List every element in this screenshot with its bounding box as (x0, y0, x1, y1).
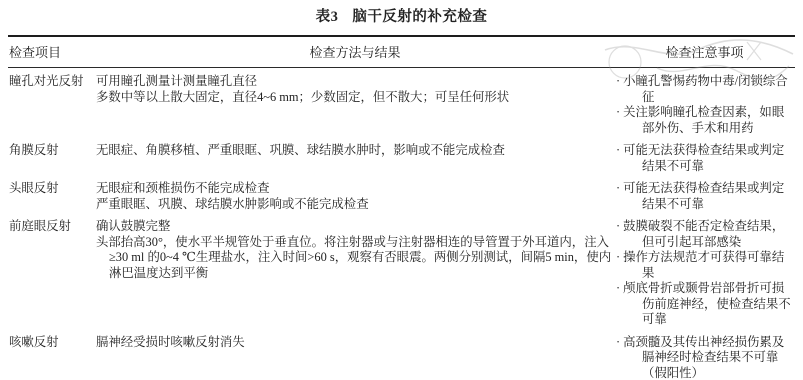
table-row: 头眼反射无眼症和颈椎损伤不能完成检查严重眼眶、巩膜、球结膜水肿影响或不能完成检查… (8, 179, 795, 217)
notes-cell: ·可能无法获得检查结果或判定结果不可靠 (614, 141, 795, 179)
method-result-cell: 膈神经受损时咳嗽反射消失 (96, 333, 614, 380)
note-item: ·可能无法获得检查结果或判定结果不可靠 (614, 181, 795, 212)
note-item: ·关注影响瞳孔检查因素，如眼部外伤、手术和用药 (614, 105, 795, 136)
column-header-item: 检查项目 (8, 36, 96, 68)
note-item: ·小瞳孔警惕药物中毒/闭锁综合征 (614, 74, 795, 105)
reflex-item-label: 头眼反射 (8, 179, 96, 217)
note-item: ·鼓膜破裂不能否定检查结果，但可引起耳部感染 (614, 219, 795, 250)
column-header-method: 检查方法与结果 (96, 36, 614, 68)
reflex-item-label: 咳嗽反射 (8, 333, 96, 380)
method-result-cell: 可用瞳孔测量计测量瞳孔直径多数中等以上散大固定，直径4~6 mm；少数固定，但不… (96, 68, 614, 142)
note-item: ·可能无法获得检查结果或判定结果不可靠 (614, 143, 795, 174)
table-body: 瞳孔对光反射可用瞳孔测量计测量瞳孔直径多数中等以上散大固定，直径4~6 mm；少… (8, 68, 795, 380)
bullet-icon: · (616, 143, 620, 157)
notes-cell: ·可能无法获得检查结果或判定结果不可靠 (614, 179, 795, 217)
method-paragraph: 无眼症、角膜移植、严重眼眶、巩膜、球结膜水肿时，影响或不能完成检查 (96, 143, 614, 159)
table-row: 角膜反射无眼症、角膜移植、严重眼眶、巩膜、球结膜水肿时，影响或不能完成检查·可能… (8, 141, 795, 179)
table-caption: 脑干反射的补充检查 (352, 9, 487, 25)
table-row: 前庭眼反射确认鼓膜完整头部抬高30°，使水平半规管处于垂直位。将注射器或与注射器… (8, 217, 795, 333)
method-paragraph: 膈神经受损时咳嗽反射消失 (96, 335, 614, 351)
bullet-icon: · (616, 105, 620, 119)
bullet-icon: · (616, 250, 620, 264)
method-paragraph: 头部抬高30°，使水平半规管处于垂直位。将注射器或与注射器相连的导管置于外耳道内… (96, 235, 614, 282)
table-row: 咳嗽反射膈神经受损时咳嗽反射消失·高颈髓及其传出神经损伤累及膈神经时检查结果不可… (8, 333, 795, 380)
table-row: 瞳孔对光反射可用瞳孔测量计测量瞳孔直径多数中等以上散大固定，直径4~6 mm；少… (8, 68, 795, 142)
method-paragraph: 确认鼓膜完整 (96, 219, 614, 235)
reflex-item-label: 瞳孔对光反射 (8, 68, 96, 142)
reflex-item-label: 角膜反射 (8, 141, 96, 179)
table-number: 表3 (316, 9, 339, 25)
note-item: ·高颈髓及其传出神经损伤累及膈神经时检查结果不可靠（假阳性） (614, 335, 795, 380)
notes-cell: ·高颈髓及其传出神经损伤累及膈神经时检查结果不可靠（假阳性） (614, 333, 795, 380)
bullet-icon: · (616, 181, 620, 195)
bullet-icon: · (616, 74, 620, 88)
reflex-item-label: 前庭眼反射 (8, 217, 96, 333)
method-result-cell: 无眼症和颈椎损伤不能完成检查严重眼眶、巩膜、球结膜水肿影响或不能完成检查 (96, 179, 614, 217)
bullet-icon: · (616, 219, 620, 233)
method-paragraph: 多数中等以上散大固定，直径4~6 mm；少数固定，但不散大；可呈任何形状 (96, 90, 614, 106)
scanned-table-page: 表3脑干反射的补充检查 检查项目 检查方法与结果 检查注意事项 瞳孔对光反射可用… (0, 0, 803, 380)
brainstem-reflex-table: 检查项目 检查方法与结果 检查注意事项 瞳孔对光反射可用瞳孔测量计测量瞳孔直径多… (8, 35, 795, 380)
column-header-notes: 检查注意事项 (614, 36, 795, 68)
note-item: ·操作方法规范才可获得可靠结果 (614, 250, 795, 281)
bullet-icon: · (616, 281, 620, 295)
note-item: ·颅底骨折或颞骨岩部骨折可损伤前庭神经，使检查结果不可靠 (614, 281, 795, 328)
method-paragraph: 无眼症和颈椎损伤不能完成检查 (96, 181, 614, 197)
table-title: 表3脑干反射的补充检查 (0, 0, 803, 26)
method-result-cell: 无眼症、角膜移植、严重眼眶、巩膜、球结膜水肿时，影响或不能完成检查 (96, 141, 614, 179)
method-paragraph: 可用瞳孔测量计测量瞳孔直径 (96, 74, 614, 90)
notes-cell: ·小瞳孔警惕药物中毒/闭锁综合征·关注影响瞳孔检查因素，如眼部外伤、手术和用药 (614, 68, 795, 142)
method-paragraph: 严重眼眶、巩膜、球结膜水肿影响或不能完成检查 (96, 197, 614, 213)
method-result-cell: 确认鼓膜完整头部抬高30°，使水平半规管处于垂直位。将注射器或与注射器相连的导管… (96, 217, 614, 333)
bullet-icon: · (616, 335, 620, 349)
header-row: 检查项目 检查方法与结果 检查注意事项 (8, 36, 795, 68)
notes-cell: ·鼓膜破裂不能否定检查结果，但可引起耳部感染·操作方法规范才可获得可靠结果·颅底… (614, 217, 795, 333)
